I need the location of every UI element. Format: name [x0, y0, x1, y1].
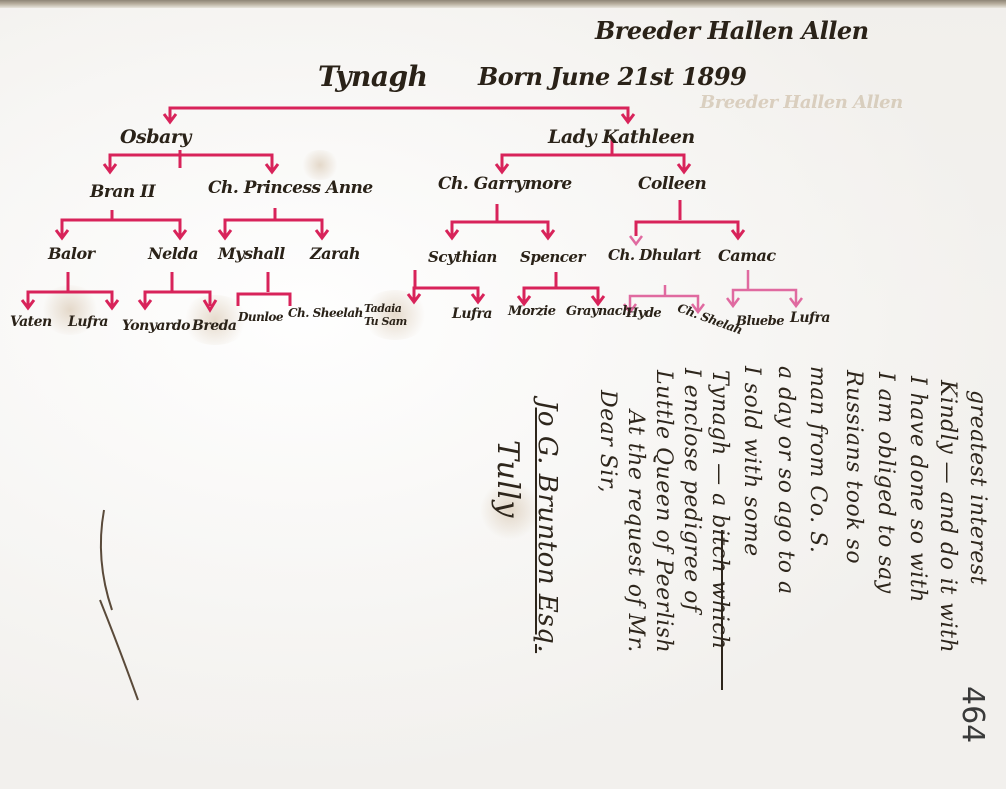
- signature-flourish: [0, 0, 1006, 789]
- document-page: Breeder Hallen Allen Breeder Hallen Alle…: [0, 0, 1006, 789]
- page-number: 464: [955, 686, 990, 743]
